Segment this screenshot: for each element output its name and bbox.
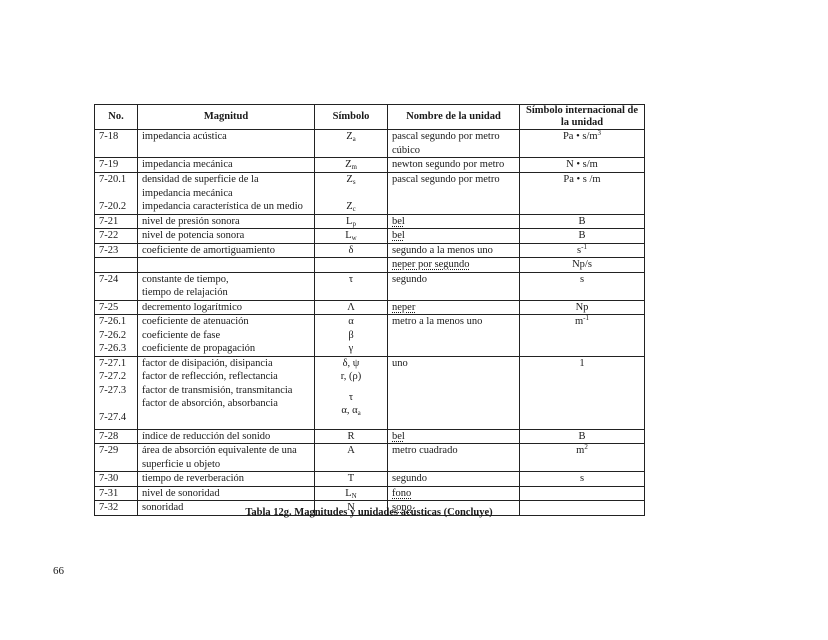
cell-no-line: 7-30 xyxy=(99,472,133,486)
cell-nombre-unidad-line: pascal segundo por metro xyxy=(392,130,515,144)
cell-magnitud-line: impedancia característica de un medio xyxy=(142,200,310,214)
cell-simbolo-internacional: B xyxy=(520,229,645,244)
cell-nombre-unidad: neper xyxy=(388,300,520,315)
symbol: α, αa xyxy=(319,404,383,418)
cell-simbolo-internacional: B xyxy=(520,429,645,444)
table-row: 7-25decremento logarítmicoΛneperNp xyxy=(95,300,645,315)
cell-magnitud-line: factor de reflección, reflectancia xyxy=(142,370,310,384)
cell-simbolo: Λ xyxy=(315,300,388,315)
unit-symbol: 1 xyxy=(524,357,640,371)
cell-no-line: 7-27.4 xyxy=(99,411,133,425)
cell-simbolo-internacional: Pa • s/m3 xyxy=(520,130,645,158)
cell-nombre-unidad: uno xyxy=(388,356,520,429)
acoustic-quantities-table: No. Magnitud Símbolo Nombre de la unidad… xyxy=(94,104,645,516)
cell-magnitud-line: factor de disipación, disipancia xyxy=(142,357,310,371)
cell-magnitud-line: factor de transmisión, transmitancia xyxy=(142,384,310,398)
unit-symbol: Pa • s /m xyxy=(524,173,640,187)
unit-symbol: B xyxy=(524,215,640,229)
cell-nombre-unidad: segundo a la menos uno xyxy=(388,243,520,258)
cell-nombre-unidad: bel xyxy=(388,229,520,244)
cell-magnitud-line: nivel de potencia sonora xyxy=(142,229,310,243)
symbol: τ xyxy=(319,391,383,405)
cell-magnitud: coeficiente de amortiguamiento xyxy=(138,243,315,258)
table-row: 7-21nivel de presión sonoraLpbelB xyxy=(95,214,645,229)
cell-nombre-unidad: metro cuadrado xyxy=(388,444,520,472)
cell-no xyxy=(95,258,138,273)
cell-nombre-unidad-line: metro cuadrado xyxy=(392,444,515,458)
cell-no-line: 7-27.1 xyxy=(99,357,133,371)
cell-magnitud: nivel de potencia sonora xyxy=(138,229,315,244)
cell-simbolo-internacional: B xyxy=(520,214,645,229)
table-row: 7-20.1 7-20.2densidad de superficie de l… xyxy=(95,173,645,215)
cell-simbolo: ZsZc xyxy=(315,173,388,215)
symbol: R xyxy=(319,430,383,444)
symbol: α xyxy=(319,315,383,329)
cell-no: 7-30 xyxy=(95,472,138,487)
cell-simbolo-internacional: Np xyxy=(520,300,645,315)
cell-simbolo-internacional: Pa • s /m xyxy=(520,173,645,215)
cell-magnitud: tiempo de reverberación xyxy=(138,472,315,487)
table-body: 7-18impedancia acústicaZapascal segundo … xyxy=(95,130,645,516)
page-number: 66 xyxy=(53,565,64,577)
unit-symbol: s-1 xyxy=(524,244,640,258)
cell-no: 7-22 xyxy=(95,229,138,244)
unit-symbol: Np xyxy=(524,301,640,315)
table-row: 7-22nivel de potencia sonoraLwbelB xyxy=(95,229,645,244)
cell-simbolo-internacional: m-1 xyxy=(520,315,645,357)
cell-magnitud: índice de reducción del sonido xyxy=(138,429,315,444)
symbol: Lw xyxy=(319,229,383,243)
header-nombre-unidad: Nombre de la unidad xyxy=(388,105,520,130)
cell-nombre-unidad: segundo xyxy=(388,272,520,300)
cell-magnitud-line: índice de reducción del sonido xyxy=(142,430,310,444)
cell-magnitud: impedancia acústica xyxy=(138,130,315,158)
cell-magnitud: nivel de sonoridad xyxy=(138,486,315,501)
cell-magnitud-line: coeficiente de atenuación xyxy=(142,315,310,329)
cell-magnitud-line: impedancia mecánica xyxy=(142,187,310,201)
cell-simbolo: Lp xyxy=(315,214,388,229)
cell-no: 7-27.17-27.27-27.3 7-27.4 xyxy=(95,356,138,429)
cell-no-line: 7-19 xyxy=(99,158,133,172)
cell-simbolo-internacional: s xyxy=(520,272,645,300)
cell-nombre-unidad: bel xyxy=(388,214,520,229)
cell-no-line: 7-20.2 xyxy=(99,200,133,214)
table-row: neper por segundoNp/s xyxy=(95,258,645,273)
cell-simbolo-internacional: 1 xyxy=(520,356,645,429)
unit-symbol: s xyxy=(524,472,640,486)
header-no: No. xyxy=(95,105,138,130)
cell-nombre-unidad-line: uno xyxy=(392,357,515,371)
cell-no: 7-31 xyxy=(95,486,138,501)
cell-magnitud-line: factor de absorción, absorbancia xyxy=(142,397,310,411)
table-row: 7-18impedancia acústicaZapascal segundo … xyxy=(95,130,645,158)
cell-magnitud-line: coeficiente de amortiguamiento xyxy=(142,244,310,258)
table-header-row: No. Magnitud Símbolo Nombre de la unidad… xyxy=(95,105,645,130)
cell-simbolo: Zm xyxy=(315,158,388,173)
cell-nombre-unidad: metro a la menos uno xyxy=(388,315,520,357)
cell-simbolo-internacional: N • s/m xyxy=(520,158,645,173)
symbol: β xyxy=(319,329,383,343)
cell-simbolo-internacional: m2 xyxy=(520,444,645,472)
cell-nombre-unidad: neper por segundo xyxy=(388,258,520,273)
cell-nombre-unidad-line: neper xyxy=(392,301,515,315)
cell-magnitud-line: tiempo de relajación xyxy=(142,286,310,300)
cell-simbolo: δ, ψr, (ρ)τα, αa xyxy=(315,356,388,429)
cell-magnitud-line: superficie u objeto xyxy=(142,458,310,472)
cell-magnitud-line: nivel de sonoridad xyxy=(142,487,310,501)
symbol: Zc xyxy=(319,200,383,214)
cell-simbolo-internacional: s-1 xyxy=(520,243,645,258)
cell-magnitud: constante de tiempo,tiempo de relajación xyxy=(138,272,315,300)
cell-no: 7-18 xyxy=(95,130,138,158)
cell-no-line: 7-29 xyxy=(99,444,133,458)
cell-no: 7-23 xyxy=(95,243,138,258)
cell-no-line xyxy=(99,397,133,411)
table-row: 7-28índice de reducción del sonidoRbelB xyxy=(95,429,645,444)
cell-nombre-unidad-line: segundo xyxy=(392,273,515,287)
symbol: T xyxy=(319,472,383,486)
cell-nombre-unidad: pascal segundo por metrocúbico xyxy=(388,130,520,158)
cell-nombre-unidad-line: neper por segundo xyxy=(392,258,515,272)
cell-magnitud: coeficiente de atenuacióncoeficiente de … xyxy=(138,315,315,357)
table-row: 7-31nivel de sonoridadLNfono xyxy=(95,486,645,501)
table-row: 7-23coeficiente de amortiguamientoδsegun… xyxy=(95,243,645,258)
symbol: LN xyxy=(319,487,383,501)
unit-symbol: B xyxy=(524,229,640,243)
cell-simbolo-internacional: Np/s xyxy=(520,258,645,273)
symbol: Zs xyxy=(319,173,383,187)
cell-no-line: 7-22 xyxy=(99,229,133,243)
symbol: Za xyxy=(319,130,383,144)
cell-simbolo: τ xyxy=(315,272,388,300)
unit-symbol: B xyxy=(524,430,640,444)
cell-no: 7-20.1 7-20.2 xyxy=(95,173,138,215)
cell-simbolo: LN xyxy=(315,486,388,501)
cell-nombre-unidad-line: pascal segundo por metro xyxy=(392,173,515,187)
symbol: γ xyxy=(319,342,383,356)
symbol: A xyxy=(319,444,383,458)
cell-magnitud-line: área de absorción equivalente de una xyxy=(142,444,310,458)
cell-magnitud-line: nivel de presión sonora xyxy=(142,215,310,229)
cell-no: 7-28 xyxy=(95,429,138,444)
cell-no: 7-29 xyxy=(95,444,138,472)
cell-magnitud-line: constante de tiempo, xyxy=(142,273,310,287)
cell-no: 7-26.17-26.27-26.3 xyxy=(95,315,138,357)
cell-no-line: 7-25 xyxy=(99,301,133,315)
cell-no-line: 7-23 xyxy=(99,244,133,258)
unit-symbol: m-1 xyxy=(524,315,640,329)
symbol: Λ xyxy=(319,301,383,315)
cell-magnitud: impedancia mecánica xyxy=(138,158,315,173)
cell-magnitud xyxy=(138,258,315,273)
unit-symbol: s xyxy=(524,273,640,287)
cell-simbolo: αβγ xyxy=(315,315,388,357)
cell-nombre-unidad-line: bel xyxy=(392,430,515,444)
symbol: δ xyxy=(319,244,383,258)
unit-symbol: m2 xyxy=(524,444,640,458)
cell-magnitud-line: impedancia mecánica xyxy=(142,158,310,172)
cell-simbolo: R xyxy=(315,429,388,444)
cell-simbolo-internacional: s xyxy=(520,472,645,487)
cell-simbolo: δ xyxy=(315,243,388,258)
cell-simbolo xyxy=(315,258,388,273)
unit-symbol: Np/s xyxy=(524,258,640,272)
cell-nombre-unidad: pascal segundo por metro xyxy=(388,173,520,215)
cell-magnitud: decremento logarítmico xyxy=(138,300,315,315)
cell-simbolo: A xyxy=(315,444,388,472)
cell-no-line: 7-18 xyxy=(99,130,133,144)
header-simbolo-internacional: Símbolo internacional de la unidad xyxy=(520,105,645,130)
table-row: 7-26.17-26.27-26.3coeficiente de atenuac… xyxy=(95,315,645,357)
symbol: r, (ρ) xyxy=(319,370,383,384)
header-magnitud: Magnitud xyxy=(138,105,315,130)
cell-no-line: 7-26.2 xyxy=(99,329,133,343)
cell-no-line: 7-21 xyxy=(99,215,133,229)
cell-nombre-unidad-line: segundo a la menos uno xyxy=(392,244,515,258)
cell-magnitud-line: coeficiente de fase xyxy=(142,329,310,343)
cell-no-line: 7-31 xyxy=(99,487,133,501)
unit-symbol: Pa • s/m3 xyxy=(524,130,640,144)
cell-no-line: 7-26.1 xyxy=(99,315,133,329)
table-row: 7-19impedancia mecánicaZmnewton segundo … xyxy=(95,158,645,173)
cell-nombre-unidad-line: metro a la menos uno xyxy=(392,315,515,329)
cell-nombre-unidad-line: newton segundo por metro xyxy=(392,158,515,172)
cell-no-line: 7-27.2 xyxy=(99,370,133,384)
cell-no-line: 7-27.3 xyxy=(99,384,133,398)
table-row: 7-24constante de tiempo,tiempo de relaja… xyxy=(95,272,645,300)
symbol: δ, ψ xyxy=(319,357,383,371)
symbol: Zm xyxy=(319,158,383,172)
cell-simbolo: Lw xyxy=(315,229,388,244)
cell-magnitud-line: densidad de superficie de la xyxy=(142,173,310,187)
symbol: Lp xyxy=(319,215,383,229)
cell-nombre-unidad-line: fono xyxy=(392,487,515,501)
cell-no: 7-24 xyxy=(95,272,138,300)
cell-magnitud-line: decremento logarítmico xyxy=(142,301,310,315)
header-simbolo: Símbolo xyxy=(315,105,388,130)
cell-nombre-unidad-line: bel xyxy=(392,229,515,243)
table-row: 7-29área de absorción equivalente de una… xyxy=(95,444,645,472)
cell-no-line: 7-28 xyxy=(99,430,133,444)
cell-nombre-unidad-line: cúbico xyxy=(392,144,515,158)
cell-magnitud: densidad de superficie de laimpedancia m… xyxy=(138,173,315,215)
cell-simbolo: Za xyxy=(315,130,388,158)
symbol: τ xyxy=(319,273,383,287)
table-caption: Tabla 12g. Magnitudes y unidades acústic… xyxy=(94,507,644,518)
cell-no: 7-19 xyxy=(95,158,138,173)
cell-magnitud-line: tiempo de reverberación xyxy=(142,472,310,486)
cell-magnitud-line: impedancia acústica xyxy=(142,130,310,144)
cell-no: 7-25 xyxy=(95,300,138,315)
cell-no-line xyxy=(99,258,133,272)
cell-nombre-unidad-line: segundo xyxy=(392,472,515,486)
cell-magnitud: nivel de presión sonora xyxy=(138,214,315,229)
cell-nombre-unidad: newton segundo por metro xyxy=(388,158,520,173)
cell-nombre-unidad: fono xyxy=(388,486,520,501)
cell-magnitud: área de absorción equivalente de unasupe… xyxy=(138,444,315,472)
unit-symbol: N • s/m xyxy=(524,158,640,172)
cell-no-line xyxy=(99,187,133,201)
table-row: 7-27.17-27.27-27.3 7-27.4factor de disip… xyxy=(95,356,645,429)
cell-no-line: 7-26.3 xyxy=(99,342,133,356)
cell-magnitud-line xyxy=(142,258,310,272)
cell-no: 7-21 xyxy=(95,214,138,229)
cell-magnitud-line: coeficiente de propagación xyxy=(142,342,310,356)
cell-simbolo-internacional xyxy=(520,486,645,501)
cell-simbolo: T xyxy=(315,472,388,487)
cell-nombre-unidad-line: bel xyxy=(392,215,515,229)
cell-no-line: 7-24 xyxy=(99,273,133,287)
cell-magnitud: factor de disipación, disipanciafactor d… xyxy=(138,356,315,429)
cell-no-line: 7-20.1 xyxy=(99,173,133,187)
cell-nombre-unidad: bel xyxy=(388,429,520,444)
cell-nombre-unidad: segundo xyxy=(388,472,520,487)
table-row: 7-30tiempo de reverberaciónTsegundos xyxy=(95,472,645,487)
